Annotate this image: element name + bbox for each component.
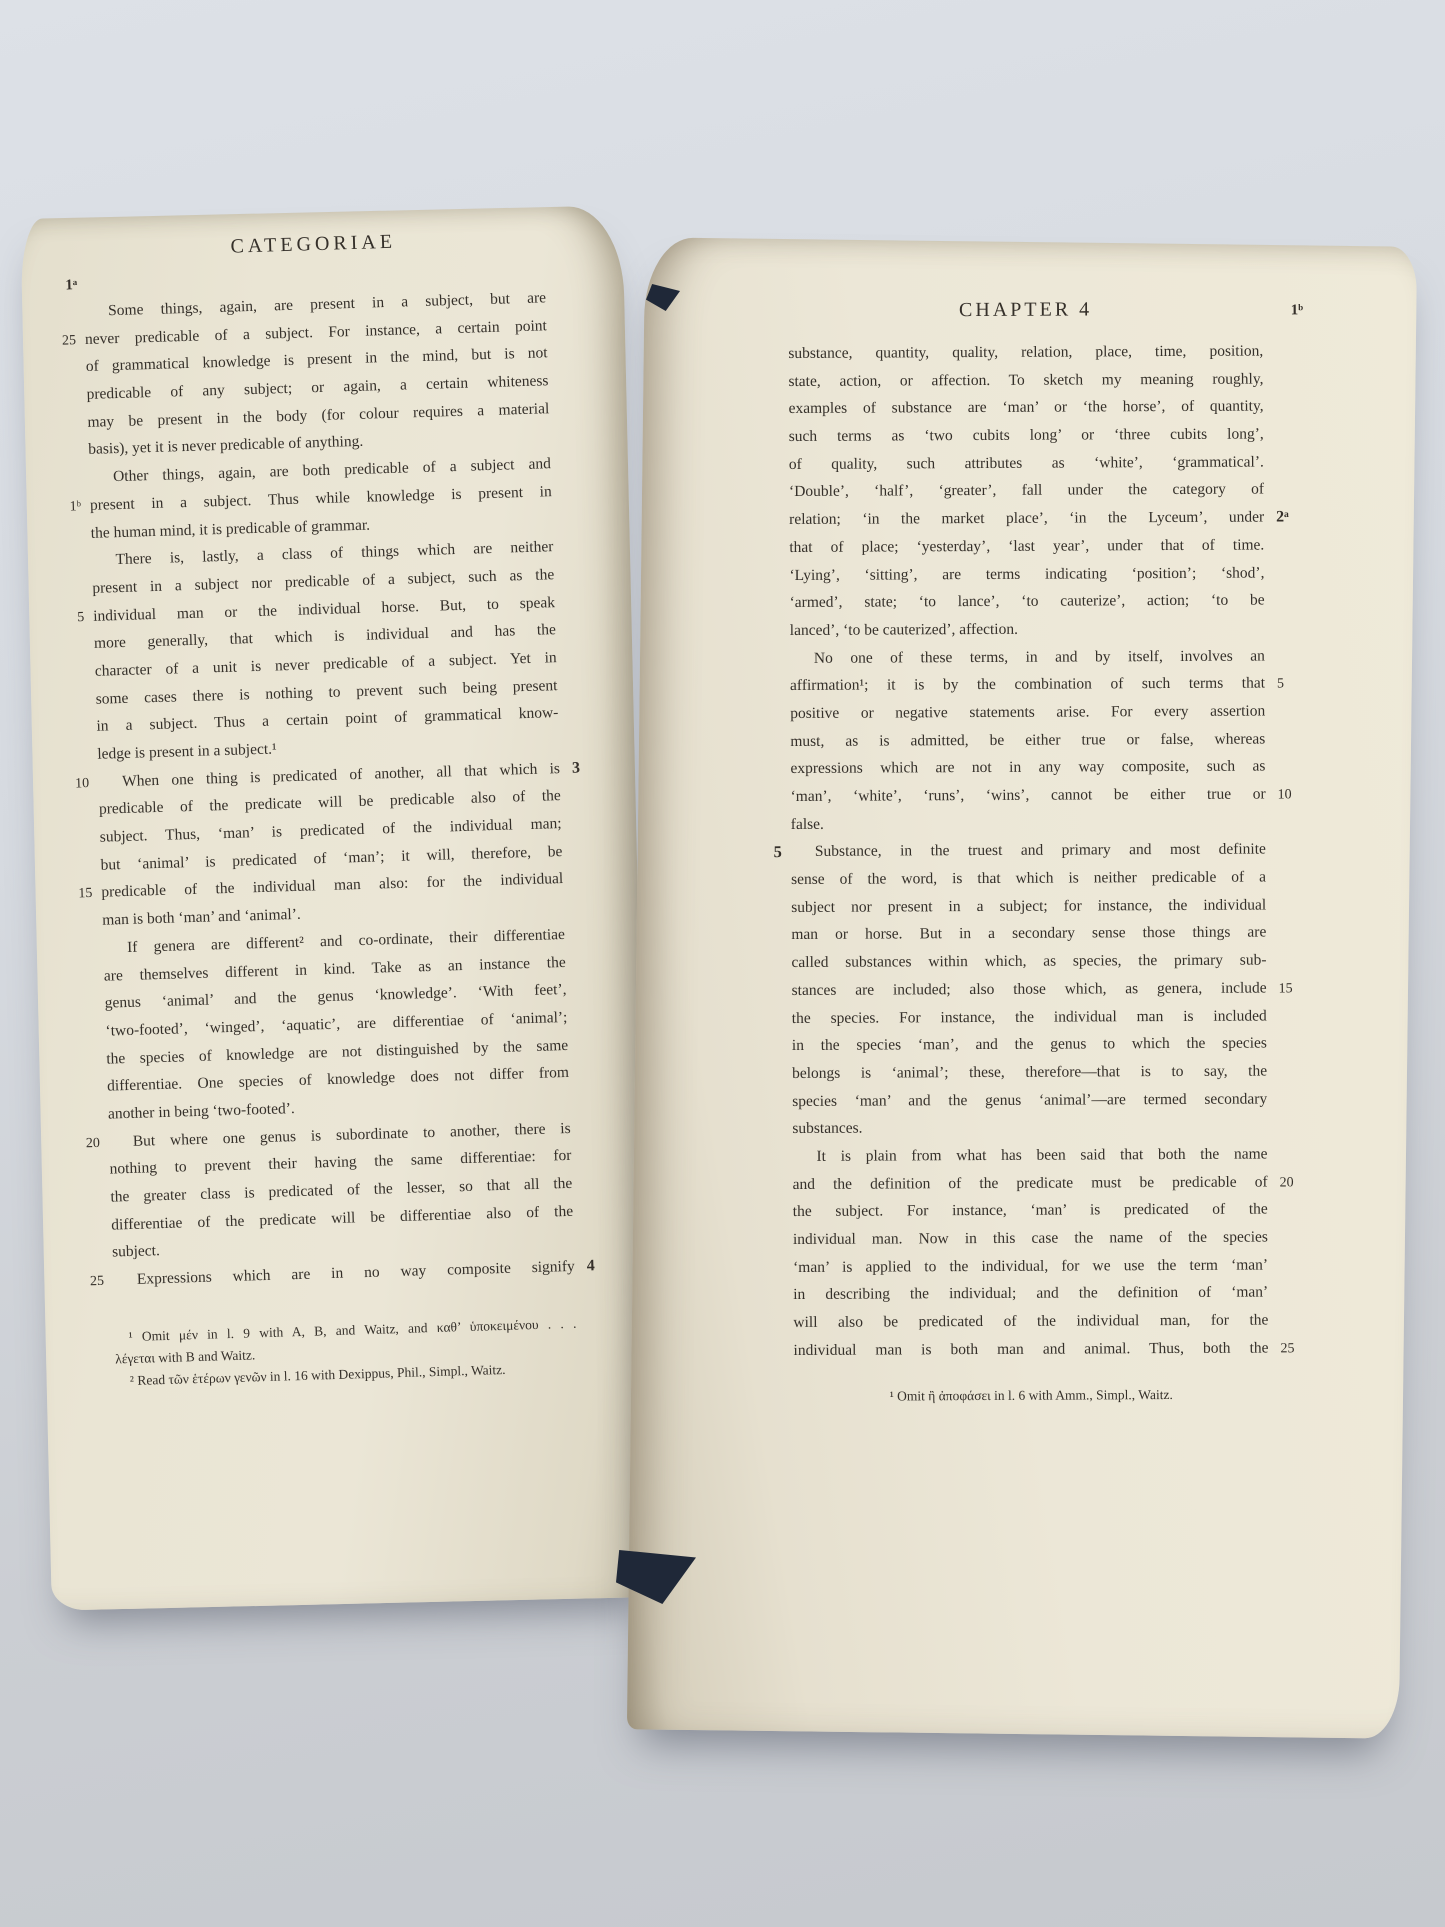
margin-line-number-right: 4 bbox=[586, 1252, 595, 1280]
footnote-line: ¹ Omit ἢ ἀποφάσει in l. 6 with Amm., Sim… bbox=[794, 1384, 1269, 1408]
left-page-lines: Some things, again, are present in a sub… bbox=[84, 284, 575, 1294]
line-text: that of place; ‘yesterday’, ‘last year’,… bbox=[789, 531, 1264, 561]
text-line: affirmation¹; it is by the combination o… bbox=[790, 670, 1265, 700]
line-text: the species. For instance, the individua… bbox=[792, 1002, 1267, 1032]
margin-line-number-left: 15 bbox=[78, 880, 93, 908]
left-page-footnotes: ¹ Omit μέν in l. 9 with A, B, and Waitz,… bbox=[114, 1313, 578, 1393]
line-text: ‘man’ is applied to the individual, for … bbox=[793, 1251, 1268, 1281]
line-text: stances are included; also those which, … bbox=[792, 974, 1267, 1004]
chapter-title: CHAPTER 4 bbox=[959, 298, 1092, 321]
margin-line-number-left: 25 bbox=[90, 1268, 105, 1296]
text-line: stances are included; also those which, … bbox=[792, 974, 1267, 1004]
text-line: individual man is both man and animal. T… bbox=[793, 1334, 1268, 1364]
text-line: in describing the individual; and the de… bbox=[793, 1279, 1268, 1309]
line-text: in describing the individual; and the de… bbox=[793, 1279, 1268, 1309]
text-line: must, as is admitted, be either true or … bbox=[790, 725, 1265, 755]
right-page-marker: 1ᵇ bbox=[1291, 297, 1304, 323]
line-text: ‘man’, ‘white’, ‘runs’, ‘wins’, cannot b… bbox=[791, 781, 1266, 811]
line-text: It is plain from what has been said that… bbox=[792, 1140, 1267, 1170]
text-line: ‘man’ is applied to the individual, for … bbox=[793, 1251, 1268, 1281]
text-line: species ‘man’ and the genus ‘animal’—are… bbox=[792, 1085, 1267, 1115]
line-text: individual man is both man and animal. T… bbox=[793, 1334, 1268, 1364]
margin-line-number-left: 20 bbox=[85, 1129, 100, 1157]
line-text: Substance, in the truest and primary and… bbox=[791, 836, 1266, 866]
line-text: belongs is ‘animal’; these, therefore—th… bbox=[792, 1057, 1267, 1087]
right-page-text: CHAPTER 4 1ᵇ substance, quantity, qualit… bbox=[788, 296, 1269, 1409]
margin-line-number-left: 25 bbox=[62, 327, 77, 355]
right-page-footnotes: ¹ Omit ἢ ἀποφάσει in l. 6 with Amm., Sim… bbox=[794, 1384, 1269, 1408]
line-text: examples of substance are ‘man’ or ‘the … bbox=[789, 393, 1264, 423]
text-line: ‘armed’, state; ‘to lance’, ‘to cauteriz… bbox=[790, 587, 1265, 617]
text-line: will also be predicated of the individua… bbox=[793, 1307, 1268, 1337]
text-line: ‘Double’, ‘half’, ‘greater’, fall under … bbox=[789, 476, 1264, 506]
left-page-marker: 1ᵃ bbox=[65, 272, 78, 298]
text-line: examples of substance are ‘man’ or ‘the … bbox=[789, 393, 1264, 423]
text-line: and the definition of the predicate must… bbox=[793, 1168, 1268, 1198]
margin-line-number-left: 5 bbox=[77, 604, 85, 632]
line-text: such terms as ‘two cubits long’ or ‘thre… bbox=[789, 421, 1264, 451]
line-text: No one of these terms, in and by itself,… bbox=[790, 642, 1265, 672]
text-line: 5 Substance, in the truest and primary a… bbox=[791, 836, 1266, 866]
margin-line-number-left: 1ᵇ bbox=[69, 493, 81, 521]
left-page-text: CATEGORIAE 1ᵃ Some things, again, are pr… bbox=[82, 224, 578, 1392]
text-line: false. bbox=[791, 808, 1266, 838]
line-text: sense of the word, is that which is neit… bbox=[791, 864, 1266, 894]
line-text: man or horse. But in a secondary sense t… bbox=[791, 919, 1266, 949]
margin-line-number-right: 2ᵃ bbox=[1276, 504, 1289, 532]
book-photo: CATEGORIAE 1ᵃ Some things, again, are pr… bbox=[0, 0, 1445, 1927]
margin-line-number-right: 3 bbox=[572, 754, 581, 782]
footnote-text: ¹ Omit ἢ ἀποφάσει in l. 6 with Amm., Sim… bbox=[794, 1384, 1269, 1408]
line-text: lanced’, ‘to be cauterized’, affection. bbox=[790, 614, 1265, 644]
text-line: subject nor present in a subject; for in… bbox=[791, 891, 1266, 921]
text-line: ‘Lying’, ‘sitting’, are terms indicating… bbox=[789, 559, 1264, 589]
text-line: man or horse. But in a secondary sense t… bbox=[791, 919, 1266, 949]
text-line: the subject. For instance, ‘man’ is pred… bbox=[793, 1196, 1268, 1226]
text-line: It is plain from what has been said that… bbox=[792, 1140, 1267, 1170]
line-text: called substances within which, as speci… bbox=[791, 947, 1266, 977]
line-text: individual man. Now in this case the nam… bbox=[793, 1224, 1268, 1254]
text-line: No one of these terms, in and by itself,… bbox=[790, 642, 1265, 672]
margin-line-number-right: 20 bbox=[1280, 1169, 1294, 1197]
margin-line-number-right: 5 bbox=[1277, 671, 1284, 699]
line-text: and the definition of the predicate must… bbox=[793, 1168, 1268, 1198]
line-text: the subject. For instance, ‘man’ is pred… bbox=[793, 1196, 1268, 1226]
line-text: relation; ‘in the market place’, ‘in the… bbox=[789, 504, 1264, 534]
line-text: substances. bbox=[792, 1113, 1267, 1143]
text-line: in the species ‘man’, and the genus to w… bbox=[792, 1030, 1267, 1060]
text-line: positive or negative statements arise. F… bbox=[790, 697, 1265, 727]
line-text: substance, quantity, quality, relation, … bbox=[788, 338, 1263, 368]
line-text: state, action, or affection. To sketch m… bbox=[788, 365, 1263, 395]
text-line: sense of the word, is that which is neit… bbox=[791, 864, 1266, 894]
right-running-head: CHAPTER 4 1ᵇ bbox=[788, 296, 1263, 324]
line-text: ‘armed’, state; ‘to lance’, ‘to cauteriz… bbox=[790, 587, 1265, 617]
line-text: subject nor present in a subject; for in… bbox=[791, 891, 1266, 921]
line-text: in the species ‘man’, and the genus to w… bbox=[792, 1030, 1267, 1060]
line-text: species ‘man’ and the genus ‘animal’—are… bbox=[792, 1085, 1267, 1115]
line-text: ‘Double’, ‘half’, ‘greater’, fall under … bbox=[789, 476, 1264, 506]
margin-line-number-right: 15 bbox=[1279, 975, 1293, 1003]
text-line: substances. bbox=[792, 1113, 1267, 1143]
margin-line-number-right: 10 bbox=[1278, 781, 1292, 809]
left-page-title: CATEGORIAE bbox=[230, 231, 396, 258]
text-line: such terms as ‘two cubits long’ or ‘thre… bbox=[789, 421, 1264, 451]
text-line: the species. For instance, the individua… bbox=[792, 1002, 1267, 1032]
line-text: will also be predicated of the individua… bbox=[793, 1307, 1268, 1337]
line-text: of quality, such attributes as ‘white’, … bbox=[789, 448, 1264, 478]
margin-section-number: 5 bbox=[774, 838, 782, 866]
line-text: ‘Lying’, ‘sitting’, are terms indicating… bbox=[789, 559, 1264, 589]
margin-line-number-left: 10 bbox=[75, 770, 90, 798]
text-line: lanced’, ‘to be cauterized’, affection. bbox=[790, 614, 1265, 644]
text-line: substance, quantity, quality, relation, … bbox=[788, 338, 1263, 368]
text-line: individual man. Now in this case the nam… bbox=[793, 1224, 1268, 1254]
text-line: ‘man’, ‘white’, ‘runs’, ‘wins’, cannot b… bbox=[791, 781, 1266, 811]
line-text: affirmation¹; it is by the combination o… bbox=[790, 670, 1265, 700]
line-text: expressions which are not in any way com… bbox=[790, 753, 1265, 783]
text-line: state, action, or affection. To sketch m… bbox=[788, 365, 1263, 395]
text-line: expressions which are not in any way com… bbox=[790, 753, 1265, 783]
text-line: relation; ‘in the market place’, ‘in the… bbox=[789, 504, 1264, 534]
text-line: of quality, such attributes as ‘white’, … bbox=[789, 448, 1264, 478]
text-line: called substances within which, as speci… bbox=[791, 947, 1266, 977]
line-text: positive or negative statements arise. F… bbox=[790, 697, 1265, 727]
right-page-lines: substance, quantity, quality, relation, … bbox=[788, 338, 1268, 1365]
line-text: must, as is admitted, be either true or … bbox=[790, 725, 1265, 755]
margin-line-number-right: 25 bbox=[1280, 1335, 1294, 1363]
text-line: belongs is ‘animal’; these, therefore—th… bbox=[792, 1057, 1267, 1087]
text-line: that of place; ‘yesterday’, ‘last year’,… bbox=[789, 531, 1264, 561]
line-text: false. bbox=[791, 808, 1266, 838]
